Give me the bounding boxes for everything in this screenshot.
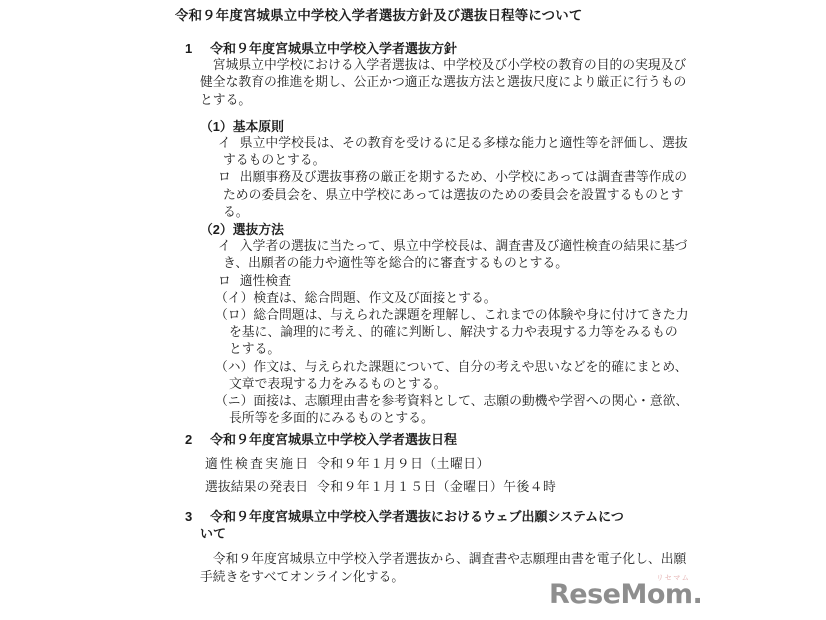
section-3-heading-text: 令和９年度宮城県立中学校入学者選抜におけるウェブ出願システムにつ [210,509,624,524]
schedule-value: 令和９年１月９日（土曜日） [317,457,490,471]
section-2-number: 2 [185,431,210,448]
list-subitem: （ロ）総合問題は、与えられた課題を理解し、これまでの体験や身に付けてきた力を基に… [229,307,690,359]
list-item: ロ適性検査 [223,273,691,290]
item-text: 適性検査 [240,274,291,288]
list-item: イ県立中学校長は、その教育を受けるに足る多様な能力と適性等を評価し、選抜するもの… [223,135,691,169]
item-marker: （イ） [215,291,253,305]
item-marker: イ [218,136,231,150]
item-text: 作文は、与えられた課題について、自分の考えや思いなどを的確にまとめ、文章で表現す… [229,360,687,391]
item-text: 面接は、志願理由書を参考資料として、志願の動機や学習への関心・意欲、長所等を多面… [229,394,688,425]
list-subitem: （ニ）面接は、志願理由書を参考資料として、志願の動機や学習への関心・意欲、長所等… [229,393,690,427]
schedule-row: 適性検査実施日令和９年１月９日（土曜日） [205,456,826,473]
list-subitem: （ハ）作文は、与えられた課題について、自分の考えや思いなどを的確にまとめ、文章で… [229,359,690,393]
item-text: 出願事務及び選抜事務の厳正を期するため、小学校にあっては調査書等作成のための委員… [223,170,687,218]
item-text: 総合問題は、与えられた課題を理解し、これまでの体験や身に付けてきた力を基に、論理… [229,308,688,356]
section-1-heading: 1令和９年度宮城県立中学校入学者選抜方針 [185,40,826,57]
section-1-intro-paragraph: 宮城県立中学校における入学者選抜は、中学校及び小学校の教育の目的の実現及び健全な… [200,57,689,109]
list-subitem: （イ）検査は、総合問題、作文及び面接とする。 [229,290,690,307]
schedule-value: 令和９年１月１５日（金曜日）午後４時 [317,480,556,494]
section-3-heading-wrap: いて [200,525,826,542]
item-marker: （ロ） [215,308,253,322]
item-text: 県立中学校長は、その教育を受けるに足る多様な能力と適性等を評価し、選抜するものと… [223,136,688,167]
resemom-logo-text: ReseMom. [549,579,702,610]
section-3-heading: 3令和９年度宮城県立中学校入学者選抜におけるウェブ出願システムにつ [185,508,826,525]
schedule-row: 選抜結果の発表日令和９年１月１５日（金曜日）午後４時 [205,479,826,496]
subsection-2-label: （2）選抜方法 [200,221,826,238]
item-marker: イ [218,239,231,253]
section-2-heading-text: 令和９年度宮城県立中学校入学者選抜日程 [210,432,457,447]
schedule-label: 適性検査実施日 [205,456,308,473]
document-page: 令和９年度宮城県立中学校入学者選抜方針及び選抜日程等について 1令和９年度宮城県… [0,0,826,620]
item-text: 検査は、総合問題、作文及び面接とする。 [253,291,496,305]
section-2-heading: 2令和９年度宮城県立中学校入学者選抜日程 [185,431,826,448]
document-title: 令和９年度宮城県立中学校入学者選抜方針及び選抜日程等について [175,7,826,25]
list-item: イ入学者の選抜に当たって、県立中学校長は、調査書及び適性検査の結果に基づき、出願… [223,238,691,272]
item-marker: ロ [218,274,231,288]
resemom-logo: リセマム ReseMom. [549,580,702,610]
schedule-label: 選抜結果の発表日 [205,479,308,496]
item-marker: ロ [218,170,231,184]
subsection-1-label: （1）基本原則 [200,118,826,135]
list-item: ロ出願事務及び選抜事務の厳正を期するため、小学校にあっては調査書等作成のための委… [223,169,691,221]
item-marker: （ハ） [215,360,253,374]
section-3-number: 3 [185,508,210,525]
resemom-logo-ruby: リセマム [656,575,690,582]
item-marker: （ニ） [215,394,253,408]
section-1-heading-text: 令和９年度宮城県立中学校入学者選抜方針 [210,41,457,56]
item-text: 入学者の選抜に当たって、県立中学校長は、調査書及び適性検査の結果に基づき、出願者… [223,239,687,270]
section-1-number: 1 [185,40,210,57]
